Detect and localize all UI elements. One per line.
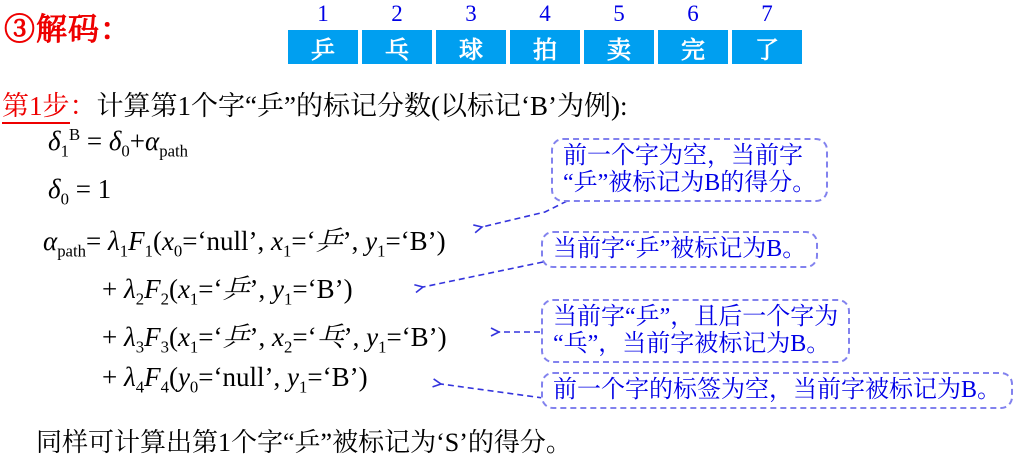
- callout-arrow-4: [441, 384, 543, 398]
- step-colon: ：: [70, 91, 97, 121]
- char-index: 2: [362, 1, 432, 27]
- callout-arrow-1: [482, 201, 567, 227]
- char-index: 5: [584, 1, 654, 27]
- char-cell: 卖: [584, 30, 654, 64]
- char-index: 6: [658, 1, 728, 27]
- char-cell: 完: [658, 30, 728, 64]
- char-index-row: 1 2 3 4 5 6 7: [288, 1, 802, 27]
- char-index: 3: [436, 1, 506, 27]
- formula-delta1-B: δ1B = δ0+αpath: [48, 126, 188, 157]
- formula-term4: + λ4F4(y0=‘null’, y1=‘B’): [102, 362, 368, 393]
- callout-line: 当前字“乒”被标记为B。: [553, 236, 806, 263]
- formula-alpha-path-term1: αpath= λ1F1(x0=‘null’, x1=‘乒’, y1=‘B’): [43, 219, 446, 258]
- callout-current-char-B: 当前字“乒”被标记为B。: [541, 231, 818, 268]
- char-cell: 乒: [288, 30, 358, 64]
- char-index: 7: [732, 1, 802, 27]
- sentence-char-strip: 乒 乓 球 拍 卖 完 了: [288, 30, 802, 64]
- callout-prev-label-empty: 前一个字的标签为空，当前字被标记为B。: [541, 372, 1013, 409]
- closing-remark: 同样可计算出第1个字“乒”被标记为‘S’的得分。: [36, 422, 572, 457]
- callout-arrow-2: [423, 262, 543, 287]
- step-label: 第1步: [2, 91, 70, 124]
- formula-term3: + λ3F3(x1=‘乒’, x2=‘乓’, y1=‘B’): [102, 315, 447, 354]
- char-cell: 了: [732, 30, 802, 64]
- char-index: 1: [288, 1, 358, 27]
- step-text: 计算第1个字“乒”的标记分数(以标记‘B’为例):: [97, 91, 628, 121]
- char-cell: 球: [436, 30, 506, 64]
- callout-next-char: 当前字“乒”，且后一个字为 “乓”，当前字被标记为B。: [541, 299, 850, 363]
- callout-line: “乓”，当前字被标记为B。: [553, 331, 838, 358]
- callout-line: 前一个字为空，当前字: [563, 143, 816, 170]
- formula-delta0: δ0 = 1: [48, 174, 111, 205]
- step-heading: 第1步：计算第1个字“乒”的标记分数(以标记‘B’为例):: [2, 84, 627, 123]
- callout-line: 前一个字的标签为空，当前字被标记为B。: [553, 377, 1001, 404]
- char-cell: 乓: [362, 30, 432, 64]
- formula-term2: + λ2F2(x1=‘乒’, y1=‘B’): [102, 267, 353, 306]
- char-cell: 拍: [510, 30, 580, 64]
- callout-prev-char-empty: 前一个字为空，当前字 “乒”被标记为B的得分。: [551, 138, 828, 202]
- callout-line: 当前字“乒”，且后一个字为: [553, 304, 838, 331]
- char-index: 4: [510, 1, 580, 27]
- callout-line: “乒”被标记为B的得分。: [563, 170, 816, 197]
- slide: ③解码： 1 2 3 4 5 6 7 乒 乓 球 拍 卖 完 了 第1步：计算第…: [0, 0, 1026, 457]
- section-title: ③解码：: [4, 4, 132, 49]
